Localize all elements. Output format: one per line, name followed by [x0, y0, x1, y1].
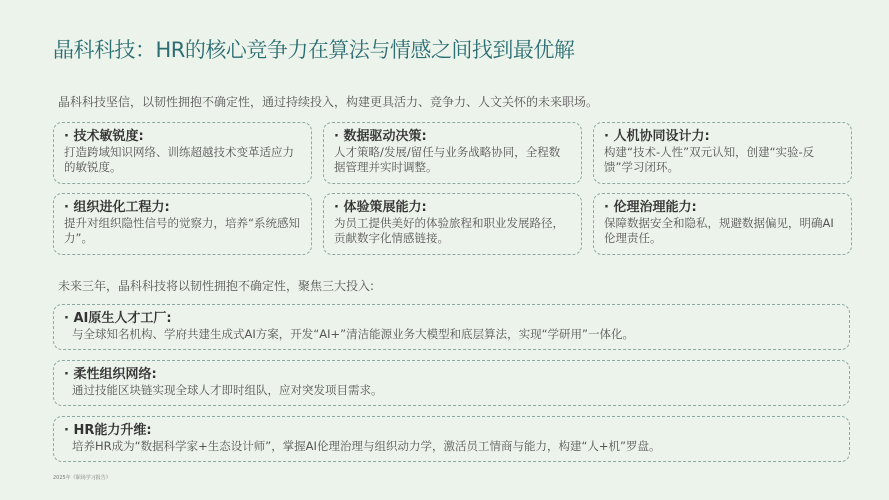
investment-card-ai-talent: · AI原生人才工厂: 与全球知名机构、学府共建生成式AI方案，开发“AI+”清…	[53, 304, 850, 350]
card-title: · 柔性组织网络:	[64, 367, 839, 383]
card-title: · 数据驱动决策:	[334, 129, 571, 145]
card-body: 打造跨域知识网络、训练超越技术变革适应力的敏锐度。	[64, 145, 301, 175]
investment-card-hr-upgrade: · HR能力升维: 培养HR成为“数据科学家+生态设计师”，掌握AI伦理治理与组…	[53, 416, 850, 462]
card-body: 为员工提供美好的体验旅程和职业发展路径，贡献数字化情感链接。	[334, 216, 571, 246]
card-body: 构建“技术-人性”双元认知，创建“实验-反馈”学习闭环。	[604, 145, 841, 175]
card-body: 提升对组织隐性信号的觉察力，培养“系统感知力”。	[64, 216, 301, 246]
card-title: · 体验策展能力:	[334, 200, 571, 216]
competency-card-human-machine: · 人机协同设计力: 构建“技术-人性”双元认知，创建“实验-反馈”学习闭环。	[593, 122, 852, 184]
section-heading: 未来三年，晶科科技将以韧性拥抱不确定性，聚焦三大投入:	[58, 277, 374, 294]
card-body: 人才策略/发展/留任与业务战略协同，全程数据管理并实时调整。	[334, 145, 571, 175]
card-title: · 组织进化工程力:	[64, 200, 301, 216]
competency-card-tech-acuity: · 技术敏锐度: 打造跨域知识网络、训练超越技术变革适应力的敏锐度。	[53, 122, 312, 184]
page-title: 晶科科技：HR的核心竞争力在算法与情感之间找到最优解	[53, 34, 574, 64]
investment-card-flexible-org: · 柔性组织网络: 通过技能区块链实现全球人才即时组队，应对突发项目需求。	[53, 360, 850, 406]
card-body: 保障数据安全和隐私，规避数据偏见，明确AI伦理责任。	[604, 216, 841, 246]
card-title: · 技术敏锐度:	[64, 129, 301, 145]
card-title: · HR能力升维:	[64, 423, 839, 439]
competency-card-data-driven: · 数据驱动决策: 人才策略/发展/留任与业务战略协同，全程数据管理并实时调整。	[323, 122, 582, 184]
card-body: 培养HR成为“数据科学家+生态设计师”，掌握AI伦理治理与组织动力学，激活员工情…	[64, 439, 839, 454]
competency-card-experience: · 体验策展能力: 为员工提供美好的体验旅程和职业发展路径，贡献数字化情感链接。	[323, 193, 582, 255]
competency-card-org-evolution: · 组织进化工程力: 提升对组织隐性信号的觉察力，培养“系统感知力”。	[53, 193, 312, 255]
intro-text: 晶科科技坚信，以韧性拥抱不确定性，通过持续投入，构建更具活力、竞争力、人文关怀的…	[58, 93, 598, 110]
card-body: 与全球知名机构、学府共建生成式AI方案，开发“AI+”清洁能源业务大模型和底层算…	[64, 327, 839, 342]
competency-card-ethics: · 伦理治理能力: 保障数据安全和隐私，规避数据偏见，明确AI伦理责任。	[593, 193, 852, 255]
card-title: · AI原生人才工厂:	[64, 311, 839, 327]
card-title: · 人机协同设计力:	[604, 129, 841, 145]
competency-grid: · 技术敏锐度: 打造跨域知识网络、训练超越技术变革适应力的敏锐度。 · 数据驱…	[53, 122, 851, 255]
card-title: · 伦理治理能力:	[604, 200, 841, 216]
footer-source: 2025年《职场学习报告》	[53, 474, 111, 481]
card-body: 通过技能区块链实现全球人才即时组队，应对突发项目需求。	[64, 383, 839, 398]
